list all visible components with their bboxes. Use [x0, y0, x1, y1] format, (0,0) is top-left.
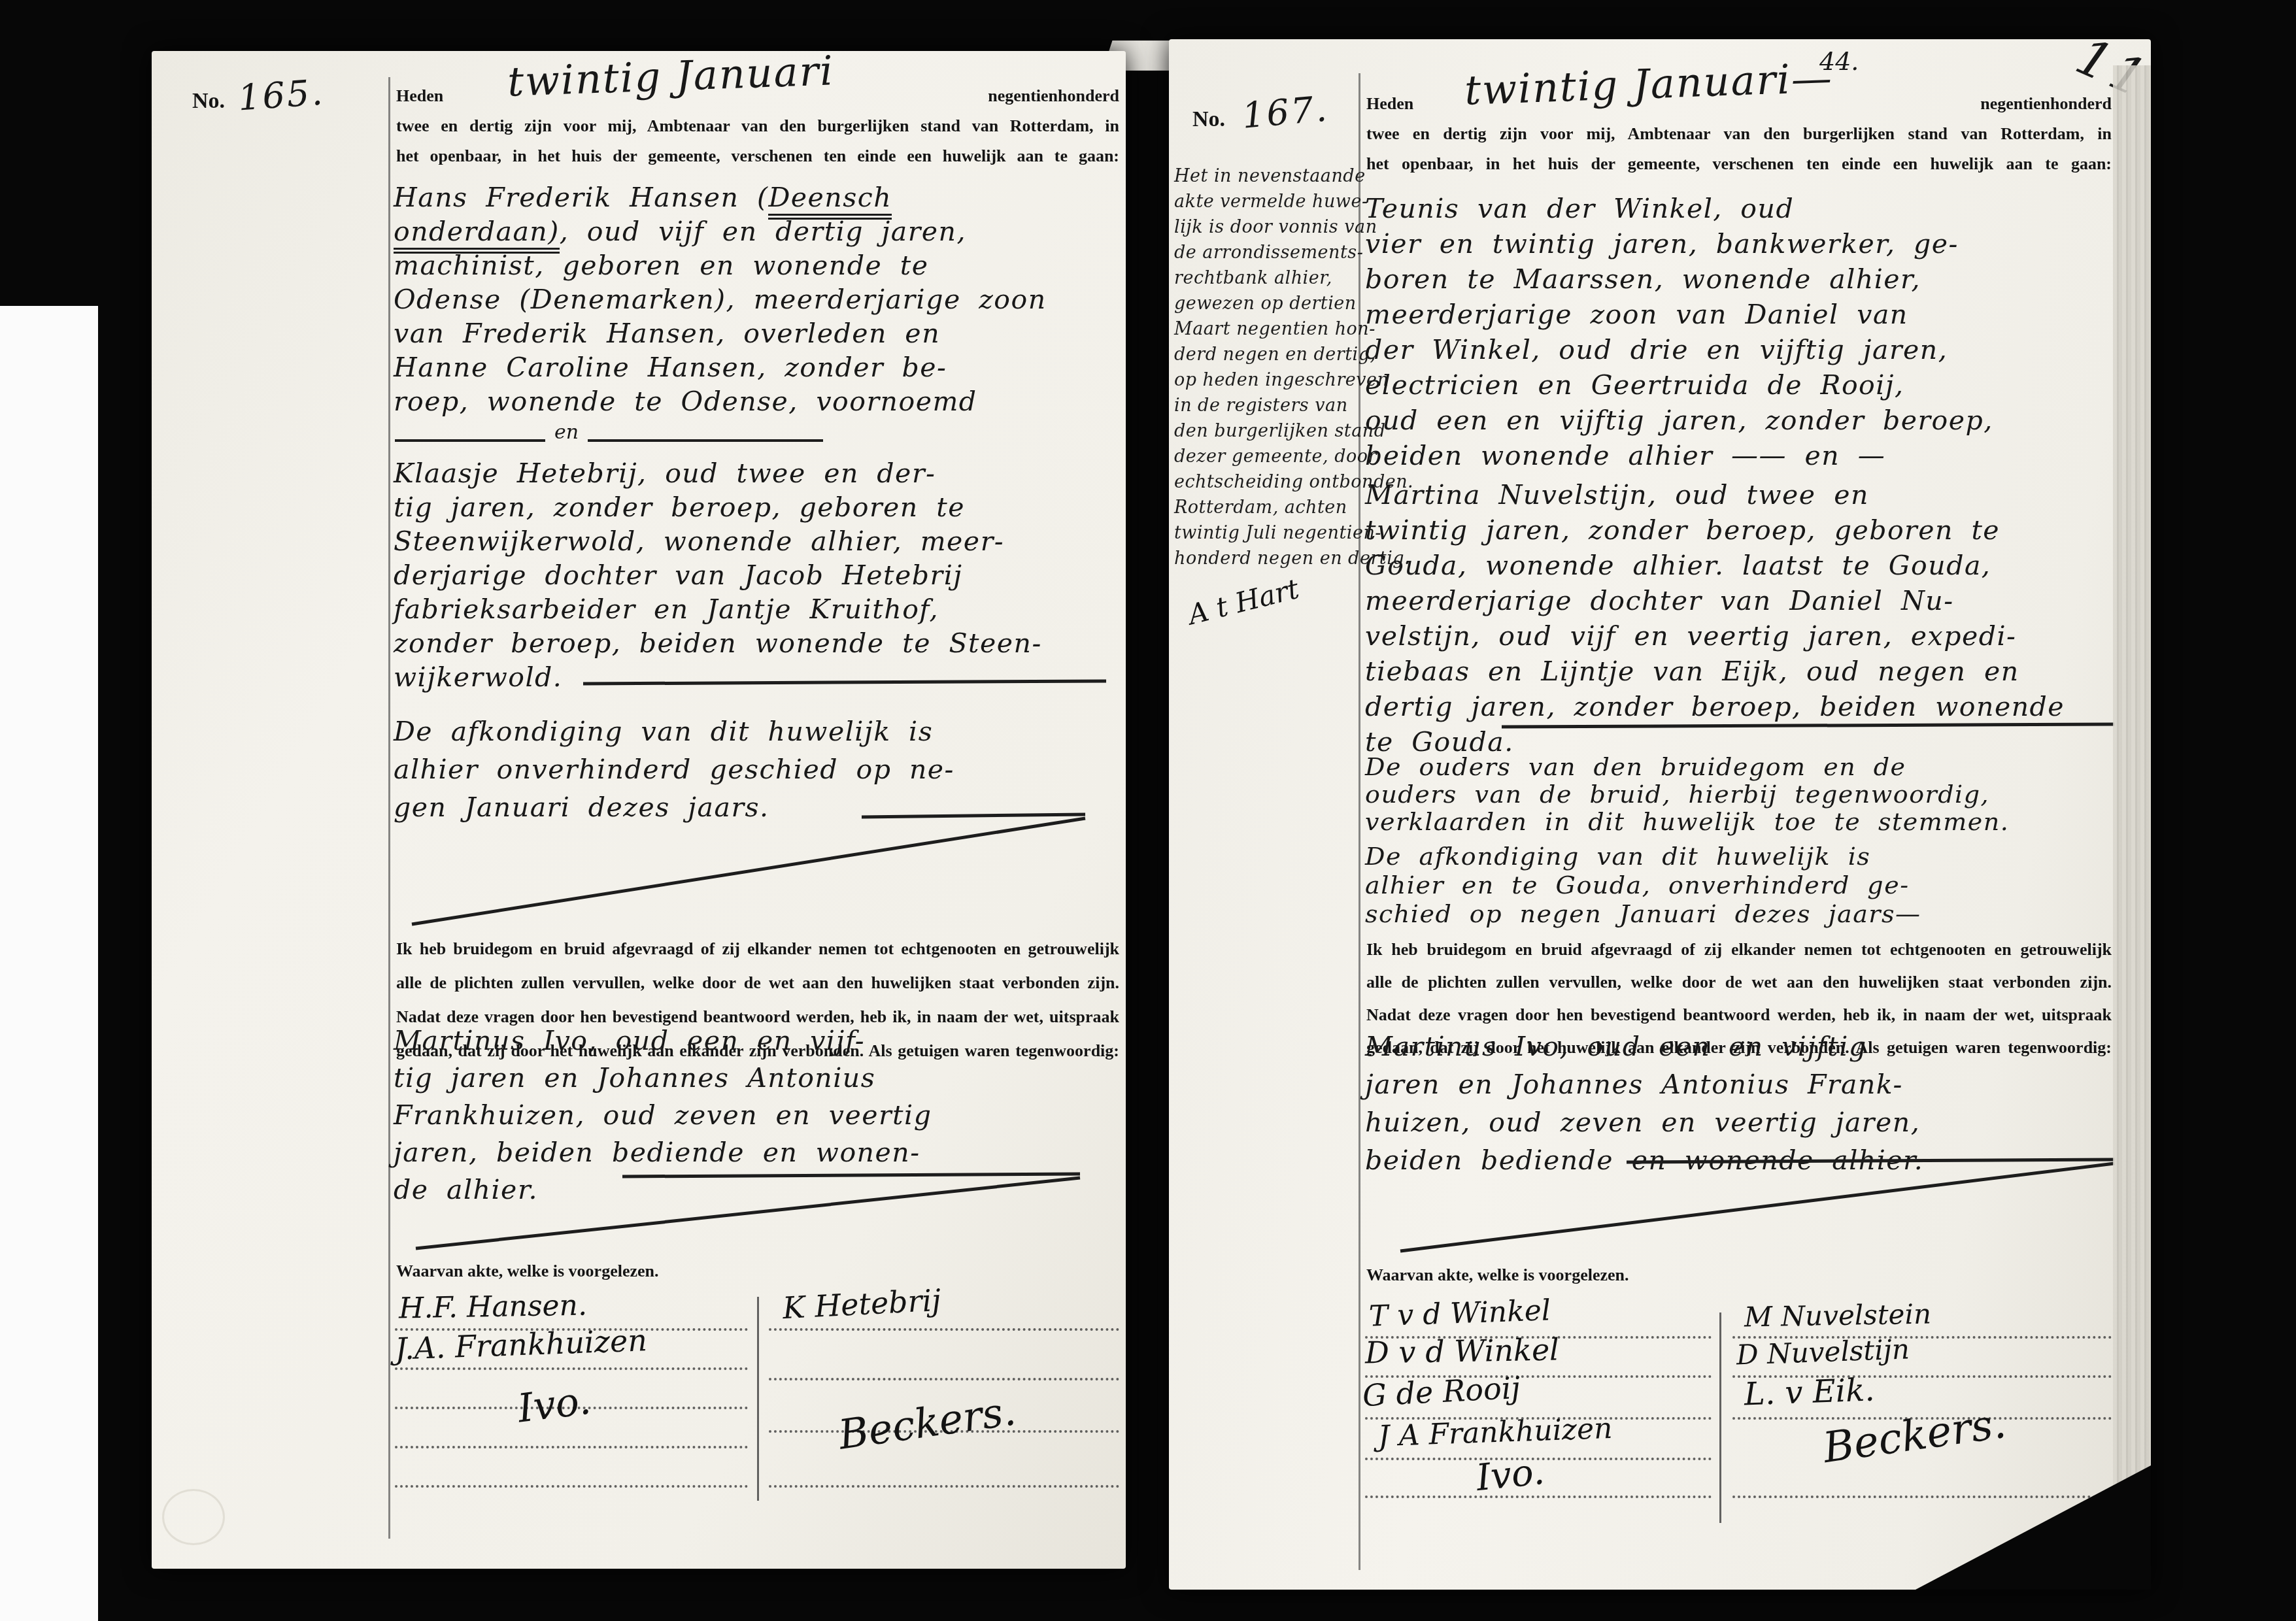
signature-registrar: Beckers. — [836, 1386, 1019, 1458]
margin-note-line: op heden ingeschreven — [1174, 367, 1357, 393]
announcement-text: De afkondiging van dit huwelijk is — [394, 712, 954, 750]
header-line: het openbaar, in het huis der gemeente, … — [396, 141, 1119, 171]
witness-text: Martinus Ivo, oud een en vijftig — [1365, 1028, 1923, 1065]
signature-line — [395, 1446, 748, 1448]
witness-text: huizen, oud zeven en veertig jaren, — [1365, 1103, 1923, 1141]
left-page: No. 165. Heden negentienhonderd twintig … — [152, 51, 1126, 1569]
consent-text: verklaarden in dit huwelijk toe te stemm… — [1365, 808, 2009, 835]
margin-note-line: den burgerlijken stand — [1174, 418, 1357, 444]
printed-header: Heden negentienhonderd twintig Januari t… — [396, 81, 1119, 171]
margin-note-line: Het in nevenstaande — [1174, 163, 1357, 189]
signature-bride-mother: L. v Eik. — [1744, 1372, 1875, 1413]
closing-statement: Waarvan akte, welke is voorgelezen. — [1366, 1265, 1629, 1285]
bride-text: derjarige dochter van Jacob Hetebrij — [394, 558, 1042, 592]
margin-note-line: Rotterdam, achten — [1174, 495, 1357, 520]
groom-text: roep, wonende te Odense, voornoemd — [394, 384, 1047, 418]
announcement-paragraph: De afkondiging van dit huwelijk is alhie… — [394, 712, 954, 826]
announcement-text: gen Januari dezes jaars. — [394, 788, 954, 826]
witness-paragraph: Martinus Ivo, oud een en vijf- tig jaren… — [394, 1022, 932, 1209]
handwritten-date: twintig Januari — [507, 56, 834, 97]
witness-text: jaren, beiden bediende en wonen- — [394, 1134, 932, 1171]
groom-text: der Winkel, oud drie en vijftig jaren, — [1365, 332, 1993, 367]
groom-text: , oud vijf en dertig jaren, — [560, 216, 966, 247]
signature-line — [769, 1485, 1119, 1488]
groom-text: electricien en Geertruida de Rooij, — [1365, 367, 1993, 403]
header-line: twee en dertig zijn voor mij, Ambtenaar … — [1366, 119, 2112, 149]
witness-paragraph: Martinus Ivo, oud een en vijftig jaren e… — [1365, 1028, 1923, 1179]
bride-text: Steenwijkerwold, wonende alhier, meer- — [394, 524, 1042, 558]
signature-column-divider — [1719, 1312, 1721, 1523]
separator-en: en — [554, 421, 579, 444]
groom-text: oud een en vijftig jaren, zonder beroep, — [1365, 403, 1993, 438]
margin-note-line: honderd negen en dertig. — [1174, 546, 1357, 571]
signature-line — [769, 1328, 1119, 1331]
separator-rule — [395, 439, 545, 442]
margin-note-line: akte vermelde huwe- — [1174, 189, 1357, 214]
margin-note-line: gewezen op dertien — [1174, 291, 1357, 316]
header-heden: Heden — [1366, 89, 1413, 119]
signature-registrar: Beckers. — [1820, 1399, 2009, 1473]
en-separator: en — [395, 429, 853, 452]
signature-column-divider — [757, 1297, 759, 1501]
vows-line: Ik heb bruidegom en bruid afgevraagd of … — [1366, 933, 2112, 966]
margin-note-line: in de registers van — [1174, 393, 1357, 418]
record-number-label: No. — [192, 89, 225, 114]
margin-note-line: echtscheiding ontbonden. — [1174, 469, 1357, 495]
divorce-margin-note: Het in nevenstaande akte vermelde huwe- … — [1174, 163, 1357, 571]
witness-text: Martinus Ivo, oud een en vijf- — [394, 1022, 932, 1060]
signature-line — [395, 1485, 748, 1488]
scan-edge-strip — [0, 306, 98, 1621]
groom-text: boren te Maarssen, wonende alhier, — [1365, 261, 1993, 297]
margin-note-line: derd negen en dertig, — [1174, 342, 1357, 367]
consent-paragraph: De ouders van den bruidegom en de ouders… — [1365, 753, 2009, 835]
signature-line — [395, 1367, 748, 1370]
witness-text: tig jaren en Johannes Antonius — [394, 1060, 932, 1097]
vows-line: Ik heb bruidegom en bruid afgevraagd of … — [396, 932, 1119, 966]
signature-groom-father: D v d Winkel — [1365, 1331, 1560, 1370]
record-number-value: 167. — [1241, 88, 1330, 136]
vows-line: Nadat deze vragen door hen bevestigend b… — [1366, 999, 2112, 1031]
bride-text: tig jaren, zonder beroep, geboren te — [394, 490, 1042, 524]
page-corner-shadow — [1916, 1465, 2151, 1590]
groom-text: Hanne Caroline Hansen, zonder be- — [394, 350, 1047, 384]
margin-rule — [388, 77, 390, 1539]
book-scan-photo: No. 165. Heden negentienhonderd twintig … — [0, 0, 2296, 1621]
bride-text: fabrieksarbeider en Jantje Kruithof, — [394, 592, 1042, 626]
right-page: 44. 11 No. 167. Het in nevenstaande akte… — [1169, 39, 2151, 1590]
consent-text: De ouders van den bruidegom en de — [1365, 753, 2009, 780]
closing-statement: Waarvan akte, welke is voorgelezen. — [396, 1262, 659, 1281]
signature-line — [1365, 1496, 1712, 1498]
vows-line: alle de plichten zullen vervullen, welke… — [1366, 966, 2112, 999]
bride-paragraph: Klaasje Hetebrij, oud twee en der- tig j… — [394, 456, 1042, 694]
margin-note-line: Maart negentien hon- — [1174, 316, 1357, 342]
vows-line: alle de plichten zullen vervullen, welke… — [396, 966, 1119, 1000]
bride-text: velstijn, oud vijf en veertig jaren, exp… — [1365, 618, 2065, 654]
groom-text: machinist, geboren en wonende te — [394, 248, 1047, 282]
margin-note-line: de arrondissements- — [1174, 240, 1357, 265]
groom-text: Teunis van der Winkel, oud — [1365, 191, 1993, 226]
groom-text: beiden wonende alhier —— en — — [1365, 438, 1993, 473]
bride-text: Martina Nuvelstijn, oud twee en — [1365, 477, 2065, 512]
witness-text: Frankhuizen, oud zeven en veertig — [394, 1097, 932, 1134]
witness-text: jaren en Johannes Antonius Frank- — [1365, 1065, 1923, 1103]
bride-text: twintig jaren, zonder beroep, geboren te — [1365, 512, 2065, 548]
announcement-text: schied op negen Januari dezes jaars— — [1365, 899, 1921, 928]
consent-text: ouders van de bruid, hierbij tegenwoordi… — [1365, 780, 2009, 808]
bride-text: meerderjarige dochter van Daniel Nu- — [1365, 583, 2065, 618]
bride-text: Gouda, wonende alhier. laatst te Gouda, — [1365, 548, 2065, 583]
groom-text: vier en twintig jaren, bankwerker, ge- — [1365, 226, 1993, 261]
paper-smudge — [162, 1489, 225, 1545]
header-heden: Heden — [396, 81, 443, 111]
announcement-text: alhier onverhinderd geschied op ne- — [394, 750, 954, 788]
bride-text: tiebaas en Lijntje van Eijk, oud negen e… — [1365, 654, 2065, 689]
signature-bride-father: D Nuvelstijn — [1736, 1333, 1910, 1371]
witness-text: beiden bediende en wonende alhier. — [1365, 1141, 1923, 1179]
margin-note-line: rechtbank alhier, — [1174, 265, 1357, 291]
announcement-text: alhier en te Gouda, onverhinderd ge- — [1365, 871, 1921, 899]
printed-header: Heden negentienhonderd twintig Januari— … — [1366, 89, 2112, 179]
page-edge-stack — [2113, 65, 2151, 1490]
signature-groom: T v d Winkel — [1368, 1294, 1551, 1333]
groom-paragraph: Teunis van der Winkel, oud vier en twint… — [1365, 191, 1993, 473]
margin-note-line: dezer gemeente, door — [1174, 444, 1357, 469]
groom-text: meerderjarige zoon van Daniel van — [1365, 297, 1993, 332]
bride-text: zonder beroep, beiden wonende te Steen- — [394, 626, 1042, 660]
bride-text: dertig jaren, zonder beroep, beiden wone… — [1365, 689, 2065, 724]
groom-text: van Frederik Hansen, overleden en — [394, 316, 1047, 350]
bride-text: wijkerwold. — [394, 660, 1042, 694]
witness-text: de alhier. — [394, 1171, 932, 1209]
announcement-text: De afkondiging van dit huwelijk is — [1365, 842, 1921, 871]
header-line: twee en dertig zijn voor mij, Ambtenaar … — [396, 111, 1119, 141]
groom-text: Hans Frederik Hansen ( — [394, 182, 768, 213]
bride-paragraph: Martina Nuvelstijn, oud twee en twintig … — [1365, 477, 2065, 760]
margin-rule — [1359, 73, 1360, 1570]
signature-bride: M Nuvelstein — [1744, 1298, 1932, 1333]
record-number-label: No. — [1192, 107, 1225, 132]
margin-note-signature: A t Hart — [1185, 573, 1302, 631]
header-year-word: negentienhonderd — [988, 81, 1119, 111]
header-year-word: negentienhonderd — [1980, 89, 2112, 119]
signature-witness: Ivo. — [515, 1377, 593, 1431]
signature-line — [769, 1378, 1119, 1380]
margin-note-line: lijk is door vonnis van — [1174, 214, 1357, 240]
record-number-value: 165. — [237, 71, 326, 118]
margin-note-line: twintig Juli negentien- — [1174, 520, 1357, 546]
handwritten-date: twintig Januari— — [1464, 63, 1833, 106]
signature-groom-mother: G de Rooij — [1362, 1370, 1521, 1414]
groom-paragraph: Hans Frederik Hansen (Deensch onderdaan)… — [394, 180, 1047, 418]
separator-rule — [588, 439, 823, 442]
signature-groom: H.F. Hansen. — [399, 1288, 588, 1325]
signature-witness: Ivo. — [1474, 1450, 1547, 1500]
announcement-paragraph: De afkondiging van dit huwelijk is alhie… — [1365, 842, 1921, 928]
signature-bride: K Hetebrij — [782, 1282, 942, 1326]
groom-text: Odense (Denemarken), meerderjarige zoon — [394, 282, 1047, 316]
header-line: het openbaar, in het huis der gemeente, … — [1366, 149, 2112, 179]
bride-text: Klaasje Hetebrij, oud twee en der- — [394, 456, 1042, 490]
